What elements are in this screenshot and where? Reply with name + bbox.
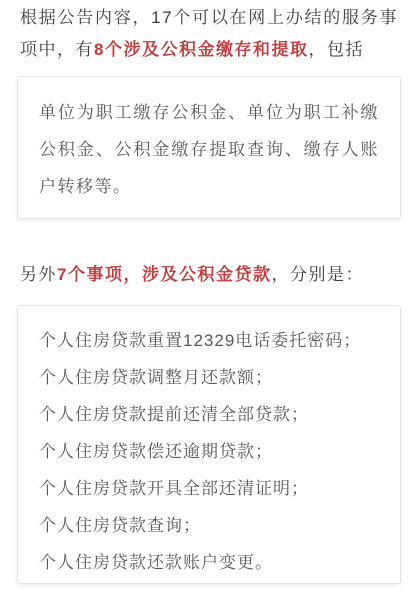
loan-services-list: 个人住房贷款重置12329电话委托密码；个人住房贷款调整月还款额；个人住房贷款提… bbox=[39, 322, 379, 581]
intro-paragraph: 根据公告内容，17个可以在网上办结的服务事项中，有8个涉及公积金缴存和提取，包括 bbox=[20, 0, 398, 66]
intro-highlight-deposit: 8个涉及公积金缴存和提取 bbox=[94, 40, 308, 59]
deposit-services-text: 单位为职工缴存公积金、单位为职工补缴公积金、公积金缴存提取查询、缴存人账户转移等… bbox=[39, 94, 379, 205]
loan-text-suffix: ，分别是： bbox=[271, 265, 364, 284]
intro-text-suffix: ，包括 bbox=[308, 40, 364, 59]
loan-list-item: 个人住房贷款提前还清全部贷款； bbox=[39, 396, 379, 433]
loan-list-item: 个人住房贷款偿还逾期贷款； bbox=[39, 433, 379, 470]
loan-paragraph: 另外7个事项，涉及公积金贷款，分别是： bbox=[20, 259, 398, 291]
loan-list-item: 个人住房贷款重置12329电话委托密码； bbox=[39, 322, 379, 359]
loan-list-item: 个人住房贷款查询； bbox=[39, 507, 379, 544]
loan-list-item: 个人住房贷款还款账户变更。 bbox=[39, 544, 379, 581]
loan-services-card: 个人住房贷款重置12329电话委托密码；个人住房贷款调整月还款额；个人住房贷款提… bbox=[17, 305, 401, 584]
article-page: 根据公告内容，17个可以在网上办结的服务事项中，有8个涉及公积金缴存和提取，包括… bbox=[0, 0, 418, 600]
loan-list-item: 个人住房贷款调整月还款额； bbox=[39, 359, 379, 396]
loan-text-prefix: 另外 bbox=[20, 265, 57, 284]
loan-highlight: 7个事项，涉及公积金贷款 bbox=[57, 265, 271, 284]
deposit-services-card: 单位为职工缴存公积金、单位为职工补缴公积金、公积金缴存提取查询、缴存人账户转移等… bbox=[17, 76, 401, 219]
loan-list-item: 个人住房贷款开具全部还清证明； bbox=[39, 470, 379, 507]
